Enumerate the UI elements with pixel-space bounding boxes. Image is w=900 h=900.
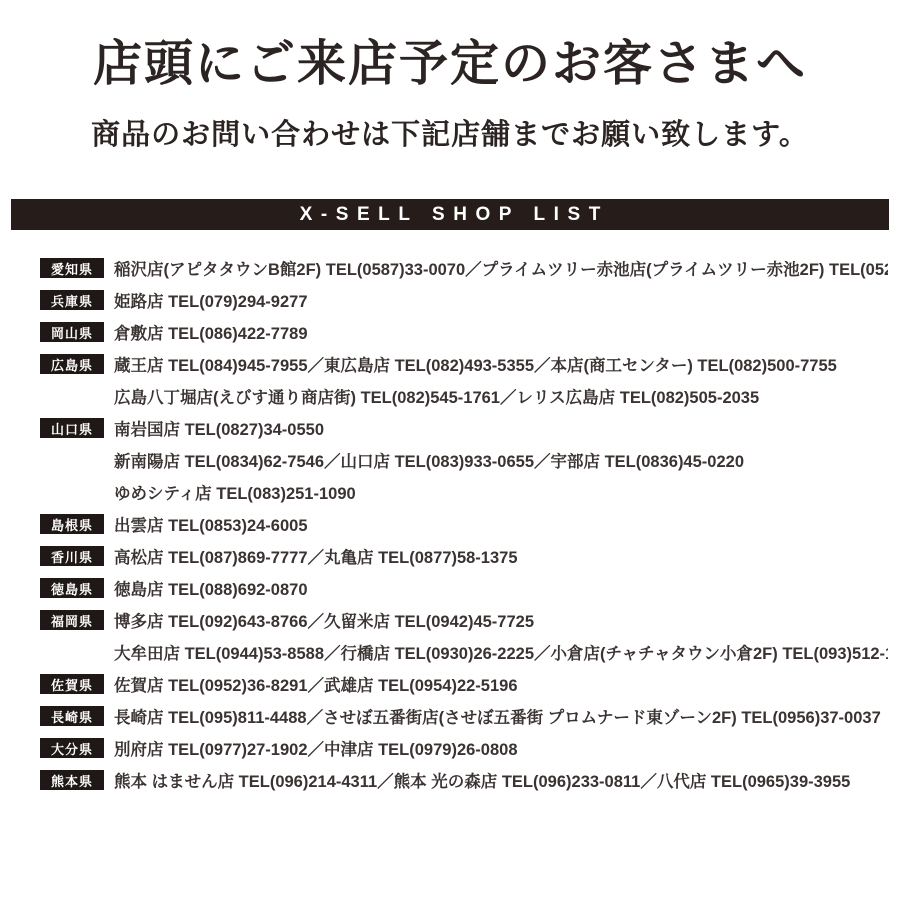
page-title: 店頭にご来店予定のお客さまへ	[0, 36, 900, 92]
shop-line: 出雲店 TEL(0853)24-6005	[114, 512, 308, 536]
page-subtitle: 商品のお問い合わせは下記店舗までお願い致します。	[0, 112, 900, 153]
shop-row: 福岡県博多店 TEL(092)643-8766／久留米店 TEL(0942)45…	[40, 604, 888, 636]
badge-spacer	[40, 482, 104, 502]
shop-line: 博多店 TEL(092)643-8766／久留米店 TEL(0942)45-77…	[114, 608, 534, 632]
shop-line: 佐賀店 TEL(0952)36-8291／武雄店 TEL(0954)22-519…	[114, 672, 518, 696]
shop-row: 大牟田店 TEL(0944)53-8588／行橋店 TEL(0930)26-22…	[40, 636, 888, 668]
shop-line: 新南陽店 TEL(0834)62-7546／山口店 TEL(083)933-06…	[114, 448, 744, 472]
shop-line: 熊本 はません店 TEL(096)214-4311／熊本 光の森店 TEL(09…	[114, 768, 850, 792]
shop-row: 広島県蔵王店 TEL(084)945-7955／東広島店 TEL(082)493…	[40, 348, 888, 380]
prefecture-badge: 広島県	[40, 354, 104, 374]
shop-row: 岡山県倉敷店 TEL(086)422-7789	[40, 316, 888, 348]
badge-spacer	[40, 642, 104, 662]
notice-page: 店頭にご来店予定のお客さまへ 商品のお問い合わせは下記店舗までお願い致します。 …	[0, 0, 900, 900]
prefecture-badge: 徳島県	[40, 578, 104, 598]
shop-list: 愛知県稲沢店(アピタタウンB館2F) TEL(0587)33-0070／プライム…	[0, 252, 900, 796]
shop-line: ゆめシティ店 TEL(083)251-1090	[114, 480, 356, 504]
shop-row: 広島八丁堀店(えびす通り商店街) TEL(082)545-1761／レリス広島店…	[40, 380, 888, 412]
shop-row: 新南陽店 TEL(0834)62-7546／山口店 TEL(083)933-06…	[40, 444, 888, 476]
shop-line: 大牟田店 TEL(0944)53-8588／行橋店 TEL(0930)26-22…	[114, 640, 888, 664]
shop-row: 香川県高松店 TEL(087)869-7777／丸亀店 TEL(0877)58-…	[40, 540, 888, 572]
shop-line: 高松店 TEL(087)869-7777／丸亀店 TEL(0877)58-137…	[114, 544, 518, 568]
prefecture-badge: 愛知県	[40, 258, 104, 278]
shop-row: 佐賀県佐賀店 TEL(0952)36-8291／武雄店 TEL(0954)22-…	[40, 668, 888, 700]
prefecture-badge: 福岡県	[40, 610, 104, 630]
prefecture-badge: 香川県	[40, 546, 104, 566]
shop-row: 徳島県徳島店 TEL(088)692-0870	[40, 572, 888, 604]
prefecture-badge: 大分県	[40, 738, 104, 758]
prefecture-badge: 佐賀県	[40, 674, 104, 694]
shop-line: 姫路店 TEL(079)294-9277	[114, 288, 308, 312]
shop-row: 熊本県熊本 はません店 TEL(096)214-4311／熊本 光の森店 TEL…	[40, 764, 888, 796]
shop-line: 稲沢店(アピタタウンB館2F) TEL(0587)33-0070／プライムツリー…	[114, 256, 888, 280]
shop-line: 別府店 TEL(0977)27-1902／中津店 TEL(0979)26-080…	[114, 736, 518, 760]
prefecture-badge: 兵庫県	[40, 290, 104, 310]
shop-line: 徳島店 TEL(088)692-0870	[114, 576, 308, 600]
shop-line: 長崎店 TEL(095)811-4488／させぼ五番街店(させぼ五番街 プロムナ…	[114, 704, 881, 728]
badge-spacer	[40, 450, 104, 470]
shop-row: 山口県南岩国店 TEL(0827)34-0550	[40, 412, 888, 444]
shop-line: 南岩国店 TEL(0827)34-0550	[114, 416, 324, 440]
badge-spacer	[40, 386, 104, 406]
shop-row: 長崎県長崎店 TEL(095)811-4488／させぼ五番街店(させぼ五番街 プ…	[40, 700, 888, 732]
prefecture-badge: 島根県	[40, 514, 104, 534]
shop-list-banner: X-SELL SHOP LIST	[11, 199, 889, 230]
prefecture-badge: 山口県	[40, 418, 104, 438]
prefecture-badge: 岡山県	[40, 322, 104, 342]
banner-label: X-SELL SHOP LIST	[291, 204, 609, 226]
prefecture-badge: 熊本県	[40, 770, 104, 790]
prefecture-badge: 長崎県	[40, 706, 104, 726]
shop-row: 大分県別府店 TEL(0977)27-1902／中津店 TEL(0979)26-…	[40, 732, 888, 764]
shop-row: ゆめシティ店 TEL(083)251-1090	[40, 476, 888, 508]
shop-row: 島根県出雲店 TEL(0853)24-6005	[40, 508, 888, 540]
shop-row: 兵庫県姫路店 TEL(079)294-9277	[40, 284, 888, 316]
shop-line: 倉敷店 TEL(086)422-7789	[114, 320, 308, 344]
shop-line: 広島八丁堀店(えびす通り商店街) TEL(082)545-1761／レリス広島店…	[114, 384, 759, 408]
shop-line: 蔵王店 TEL(084)945-7955／東広島店 TEL(082)493-53…	[114, 352, 837, 376]
shop-row: 愛知県稲沢店(アピタタウンB館2F) TEL(0587)33-0070／プライム…	[40, 252, 888, 284]
